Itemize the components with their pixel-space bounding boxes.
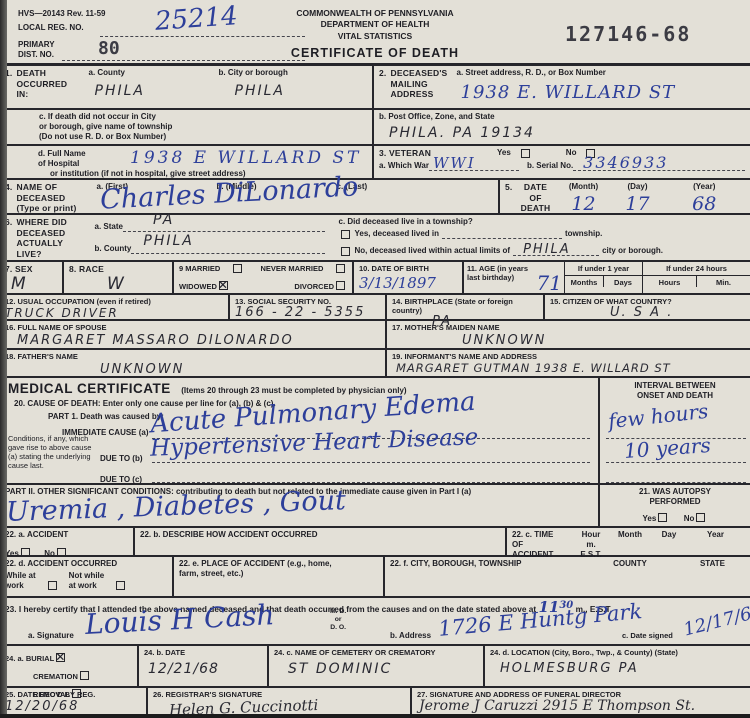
- field-21-autopsy: 21. WAS AUTOPSY PERFORMED Yes No: [598, 485, 750, 526]
- field-22b-label: 22. b. DESCRIBE HOW ACCIDENT OCCURRED: [140, 530, 500, 540]
- row-2: c. If death did not occur in City or bor…: [0, 110, 750, 146]
- field-1d-label2: or institution (if not in hospital, give…: [50, 169, 246, 179]
- item6-label: WHERE DID DECEASED ACTUALLY LIVE?: [17, 217, 95, 258]
- field-4-name-of-deceased: 4. NAME OF DECEASED (Type or print) a. (…: [0, 180, 498, 213]
- row-22def: 22. d. ACCIDENT OCCURRED While at work N…: [0, 557, 750, 598]
- field-16-label: 16. FULL NAME OF SPOUSE: [5, 323, 380, 332]
- row-9: 18. FATHER'S NAME UNKNOWN 19. INFORMANT'…: [0, 350, 750, 378]
- field-6a-label: a. State: [95, 222, 123, 232]
- row-5: 6. WHERE DID DECEASED ACTUALLY LIVE? a. …: [0, 215, 750, 262]
- field-6-residence: 6. WHERE DID DECEASED ACTUALLY LIVE? a. …: [0, 215, 750, 260]
- row-8: 16. FULL NAME OF SPOUSE MARGARET MASSARO…: [0, 321, 750, 350]
- while-at-work-label: While at work: [5, 571, 36, 591]
- cremation-label: CREMATION: [33, 672, 78, 681]
- field-6c-label: c. Did deceased live in a township?: [339, 217, 746, 227]
- signature-label: a. Signature: [28, 631, 74, 641]
- row-7: 12. USUAL OCCUPATION (even if retired) T…: [0, 295, 750, 321]
- field-10-date-of-birth: 10. DATE OF BIRTH 3/13/1897: [352, 262, 462, 293]
- veteran-yes-label: Yes: [497, 148, 511, 158]
- year-label: Year: [686, 530, 745, 553]
- field-20-cause-of-death: MEDICAL CERTIFICATE (Items 20 through 23…: [0, 378, 598, 483]
- item5-number: 5.: [505, 182, 513, 211]
- field-6b-value: PHILA: [143, 234, 193, 248]
- field-11-age: 11. AGE (in years last birthday) 71 If u…: [462, 262, 750, 293]
- address-label: b. Address: [390, 631, 431, 641]
- row-22abc: 22. a. ACCIDENT Yes No 22. b. DESCRIBE H…: [0, 528, 750, 557]
- medical-certificate-block: MEDICAL CERTIFICATE (Items 20 through 23…: [0, 378, 750, 485]
- field-26-registrar: 26. REGISTRAR'S SIGNATURE Helen G. Cucci…: [146, 688, 410, 716]
- item4-label: NAME OF DECEASED (Type or print): [17, 182, 97, 211]
- field-16-value: MARGARET MASSARO DILONARDO: [17, 334, 380, 347]
- months-label: Months: [565, 276, 603, 287]
- field-24c-label: 24. c. NAME OF CEMETERY OR CREMATORY: [274, 648, 478, 657]
- field-24c-cemetery: 24. c. NAME OF CEMETERY OR CREMATORY ST …: [267, 646, 483, 686]
- day-label: Day: [652, 530, 686, 553]
- field-8-value: W: [107, 276, 167, 293]
- cause-b-line: [152, 462, 590, 463]
- field-24b-date: 24. b. DATE 12/21/68: [137, 646, 267, 686]
- interval-a-value: few hours: [607, 401, 709, 431]
- under-1-year-label: If under 1 year: [565, 262, 642, 276]
- field-19-informant: 19. INFORMANT'S NAME AND ADDRESS MARGARE…: [385, 350, 750, 376]
- field-5-day-value: 17: [612, 195, 664, 214]
- autopsy-no-checkbox: [696, 513, 705, 522]
- field-2a-label: a. Street address, R. D., or Box Number: [457, 68, 746, 78]
- field-25-value: 12/20/68: [5, 700, 141, 713]
- field-22a-accident: 22. a. ACCIDENT Yes No: [0, 528, 133, 555]
- field-1ab-death-occurred: 1. DEATH OCCURRED IN: a. County PHILA b.…: [0, 66, 372, 108]
- field-10-label: 10. DATE OF BIRTH: [359, 264, 457, 273]
- interval-c-line: [606, 482, 746, 483]
- field-5-month-value: 12: [556, 195, 612, 214]
- local-reg-label: LOCAL REG. NO.: [18, 23, 84, 33]
- field-2a-mailing-address: 2. DECEASED'S MAILING ADDRESS a. Street …: [372, 66, 750, 108]
- field-14-birthplace: 14. BIRTHPLACE (State or foreign country…: [385, 295, 543, 319]
- field-1b-label: b. City or borough: [219, 68, 368, 78]
- field-22b-describe: 22. b. DESCRIBE HOW ACCIDENT OCCURRED: [133, 528, 505, 555]
- item5-label: DATE OF DEATH: [516, 182, 556, 211]
- primary-dist-line: [62, 60, 305, 61]
- item6-number: 6.: [5, 217, 13, 258]
- field-13-value: 166 - 22 - 5355: [235, 306, 380, 319]
- row-3: d. Full Name of Hospital or institution …: [0, 146, 750, 180]
- field-12-label: 12. USUAL OCCUPATION (even if retired): [5, 297, 223, 306]
- never-married-checkbox: [336, 264, 345, 273]
- form-number: HVS—20143 Rev. 11-59: [18, 9, 105, 19]
- primary-dist-value: 80: [98, 38, 120, 59]
- field-22c-label: 22. c. TIME OF ACCIDENT: [512, 530, 574, 553]
- field-24d-location: 24. d. LOCATION (City, Boro., Twp., & Co…: [483, 646, 750, 686]
- field-1d-value: 1938 E WILLARD ST: [130, 150, 361, 167]
- due-to-c-label: DUE TO (c): [100, 475, 142, 485]
- field-22e-label: 22. e. PLACE OF ACCIDENT (e.g., home, fa…: [179, 559, 378, 579]
- field-15-citizen: 15. CITIZEN OF WHAT COUNTRY? U. S A .: [543, 295, 750, 319]
- township-no-text: No, deceased lived within actual limits …: [355, 246, 511, 256]
- field-12-value: TRUCK DRIVER: [5, 307, 223, 319]
- field-14-label: 14. BIRTHPLACE (State or foreign country…: [392, 297, 538, 315]
- field-12-occupation: 12. USUAL OCCUPATION (even if retired) T…: [0, 295, 228, 319]
- married-label: 9 MARRIED: [179, 264, 220, 273]
- widowed-label: WIDOWED: [179, 282, 217, 291]
- veteran-yes-checkbox: [521, 149, 530, 158]
- field-22f-city: 22. f. CITY, BOROUGH, TOWNSHIP COUNTY ST…: [383, 557, 750, 596]
- field-19-value: MARGARET GUTMAN 1938 E. WILLARD ST: [396, 363, 745, 375]
- field-1c-label: c. If death did not occur in City or bor…: [39, 112, 367, 142]
- not-while-at-work-label: Not while at work: [69, 571, 105, 591]
- burial-label: 24. a. BURIAL: [5, 654, 54, 663]
- field-18-value: UNKNOWN: [100, 363, 380, 376]
- divorced-label: DIVORCED: [294, 282, 334, 291]
- township-yes-text: Yes, deceased lived in: [355, 229, 440, 239]
- field-7-value: M: [11, 276, 57, 293]
- part2-row: PART II. OTHER SIGNIFICANT CONDITIONS: c…: [0, 485, 750, 528]
- date-signed-label: c. Date signed: [622, 631, 673, 640]
- field-22a-label: 22. a. ACCIDENT: [5, 530, 128, 540]
- field-24d-label: 24. d. LOCATION (City, Boro., Twp., & Co…: [490, 648, 745, 657]
- field-3b-value: 3346933: [583, 155, 668, 171]
- autopsy-no-label: No: [684, 514, 695, 523]
- veteran-no-label: No: [566, 148, 577, 158]
- field-5-year-value: 68: [664, 195, 746, 214]
- funeral-director-signature: Jerome J Caruzzi 2915 E Thompson St.: [419, 699, 745, 713]
- field-5-month-label: (Month): [556, 182, 612, 192]
- city-borough-suffix: city or borough.: [602, 246, 663, 256]
- accident-yes-checkbox: [21, 548, 30, 557]
- conditions-note: Conditions, if any, which gave rise to a…: [8, 434, 91, 470]
- physician-signature: Louis H Cash: [84, 601, 275, 639]
- row-24: 24. a. BURIAL CREMATION REMOVAL 24. b. D…: [0, 646, 750, 688]
- field-22d-accident-occurred: 22. d. ACCIDENT OCCURRED While at work N…: [0, 557, 172, 596]
- field-6b-label: b. County: [95, 244, 132, 254]
- accident-no-checkbox: [57, 548, 66, 557]
- field-2b-post-office: b. Post Office, Zone, and State PHILA. P…: [372, 110, 750, 144]
- while-at-work-checkbox: [48, 581, 57, 590]
- min-label: Min.: [696, 276, 750, 287]
- field-17-label: 17. MOTHER'S MAIDEN NAME: [392, 323, 745, 332]
- field-23-certification: 23. I hereby certify that I attended the…: [0, 598, 750, 646]
- field-1d-label: d. Full Name of Hospital: [38, 149, 86, 169]
- interval-header: INTERVAL BETWEEN ONSET AND DEATH: [600, 381, 750, 401]
- item1-number: 1.: [5, 68, 13, 106]
- due-to-b-label: DUE TO (b): [100, 454, 143, 464]
- field-24a-disposition: 24. a. BURIAL CREMATION REMOVAL: [0, 646, 137, 686]
- field-1a-value: PHILA: [95, 84, 219, 98]
- field-24b-value: 12/21/68: [148, 662, 262, 676]
- field-27-funeral-director: 27. SIGNATURE AND ADDRESS OF FUNERAL DIR…: [410, 688, 750, 716]
- divorced-checkbox: [336, 281, 345, 290]
- field-6a-value: PA: [153, 213, 174, 227]
- field-3b-label: b. Serial No.: [527, 161, 573, 171]
- field-13-ssn: 13. SOCIAL SECURITY NO. 166 - 22 - 5355: [228, 295, 385, 319]
- autopsy-yes-checkbox: [658, 513, 667, 522]
- widowed-checkbox: [219, 281, 228, 290]
- field-17-mothers-maiden-name: 17. MOTHER'S MAIDEN NAME UNKNOWN: [385, 321, 750, 348]
- field-6c-value: PHILA: [523, 243, 571, 256]
- row-25-27: 25. DATE REC'D BY REG. 12/20/68 26. REGI…: [0, 688, 750, 716]
- field-7-sex: 7. SEX M: [0, 262, 62, 293]
- field-5-date-of-death: 5. DATE OF DEATH (Month) 12 (Day) 17 (Ye…: [498, 180, 750, 213]
- field-16-spouse: 16. FULL NAME OF SPOUSE MARGARET MASSARO…: [0, 321, 385, 348]
- field-9-marital-status: 9 MARRIED NEVER MARRIED WIDOWED DIVORCED: [172, 262, 352, 293]
- field-3-veteran: 3. VETERAN Yes No a. Which War WWI b. Se…: [372, 146, 750, 178]
- autopsy-yes-label: Yes: [643, 514, 657, 523]
- m-label: m.: [586, 540, 595, 549]
- field-24b-label: 24. b. DATE: [144, 648, 262, 657]
- field-1a-label: a. County: [89, 68, 219, 78]
- field-25-label: 25. DATE REC'D BY REG.: [5, 690, 141, 699]
- never-married-label: NEVER MARRIED: [260, 264, 323, 273]
- document-title: CERTIFICATE OF DEATH: [260, 46, 490, 60]
- field-24d-value: HOLMESBURG PA: [500, 662, 745, 675]
- certificate-header: HVS—20143 Rev. 11-59 LOCAL REG. NO. 2521…: [0, 0, 750, 66]
- field-19-label: 19. INFORMANT'S NAME AND ADDRESS: [392, 352, 745, 361]
- field-2b-value: PHILA. PA 19134: [389, 126, 745, 140]
- interval-column: INTERVAL BETWEEN ONSET AND DEATH few hou…: [598, 378, 750, 483]
- item2-number: 2.: [379, 68, 387, 106]
- cremation-checkbox: [80, 671, 89, 680]
- interval-b-value: 10 years: [623, 435, 711, 461]
- row-4: 4. NAME OF DECEASED (Type or print) a. (…: [0, 180, 750, 215]
- part2-conditions: PART II. OTHER SIGNIFICANT CONDITIONS: c…: [0, 485, 598, 526]
- township-no-checkbox: [341, 247, 350, 256]
- hour-label: Hour: [582, 530, 601, 539]
- field-17-value: UNKNOWN: [462, 334, 745, 347]
- death-certificate-scan: HVS—20143 Rev. 11-59 LOCAL REG. NO. 2521…: [0, 0, 750, 718]
- under-24-hours-label: If under 24 hours: [643, 262, 750, 276]
- field-2b-label: b. Post Office, Zone, and State: [379, 112, 745, 122]
- medical-certificate-title: MEDICAL CERTIFICATE: [8, 381, 171, 396]
- item1-label: DEATH OCCURRED IN:: [17, 68, 89, 106]
- county-label: COUNTY: [580, 559, 680, 594]
- local-reg-value: 25214: [154, 3, 238, 35]
- hours-label: Hours: [643, 276, 696, 287]
- field-8-race: 8. RACE W: [62, 262, 172, 293]
- field-2a-value: 1938 E. WILLARD ST: [461, 84, 746, 102]
- item4-number: 4.: [5, 182, 13, 211]
- field-18-label: 18. FATHER'S NAME: [5, 352, 380, 361]
- not-at-work-checkbox: [116, 581, 125, 590]
- field-24c-value: ST DOMINIC: [288, 662, 478, 676]
- md-do-label: M. D. or D. O.: [330, 608, 346, 632]
- state-label: STATE: [680, 559, 745, 594]
- field-3a-value: WWI: [433, 156, 476, 171]
- field-5-day-label: (Day): [612, 182, 664, 192]
- field-21-label: 21. WAS AUTOPSY PERFORMED: [605, 487, 745, 507]
- item2-label: DECEASED'S MAILING ADDRESS: [391, 68, 457, 106]
- cause-c-line: [152, 482, 590, 483]
- field-3a-label: a. Which War: [379, 161, 429, 171]
- field-10-value: 3/13/1897: [359, 276, 457, 291]
- certificate-number: 127146-68: [565, 22, 691, 46]
- days-label: Days: [603, 276, 642, 287]
- township-suffix: township.: [565, 229, 602, 239]
- township-yes-checkbox: [341, 230, 350, 239]
- field-22d-label: 22. d. ACCIDENT OCCURRED: [5, 559, 167, 569]
- married-checkbox: [233, 264, 242, 273]
- primary-dist-label: PRIMARY DIST. NO.: [18, 40, 55, 60]
- field-18-father: 18. FATHER'S NAME UNKNOWN: [0, 350, 385, 376]
- field-22e-place: 22. e. PLACE OF ACCIDENT (e.g., home, fa…: [172, 557, 383, 596]
- field-15-value: U. S A .: [610, 306, 745, 319]
- field-1b-value: PHILA: [235, 84, 368, 98]
- field-5-year-label: (Year): [664, 182, 746, 192]
- row-6: 7. SEX M 8. RACE W 9 MARRIED NEVER MARRI…: [0, 262, 750, 295]
- field-25-date-received: 25. DATE REC'D BY REG. 12/20/68: [0, 688, 146, 716]
- burial-checkbox: [56, 653, 65, 662]
- part1-label: PART 1. Death was caused by:: [48, 412, 164, 422]
- field-22f-label: 22. f. CITY, BOROUGH, TOWNSHIP: [390, 559, 580, 594]
- row-1: 1. DEATH OCCURRED IN: a. County PHILA b.…: [0, 66, 750, 110]
- month-label: Month: [608, 530, 652, 553]
- field-22c-time: 22. c. TIME OF ACCIDENT Hourm.E.S.T. Mon…: [505, 528, 750, 555]
- agency-name: COMMONWEALTH OF PENNSYLVANIA DEPARTMENT …: [260, 8, 490, 42]
- field-11-value: 71: [537, 273, 562, 293]
